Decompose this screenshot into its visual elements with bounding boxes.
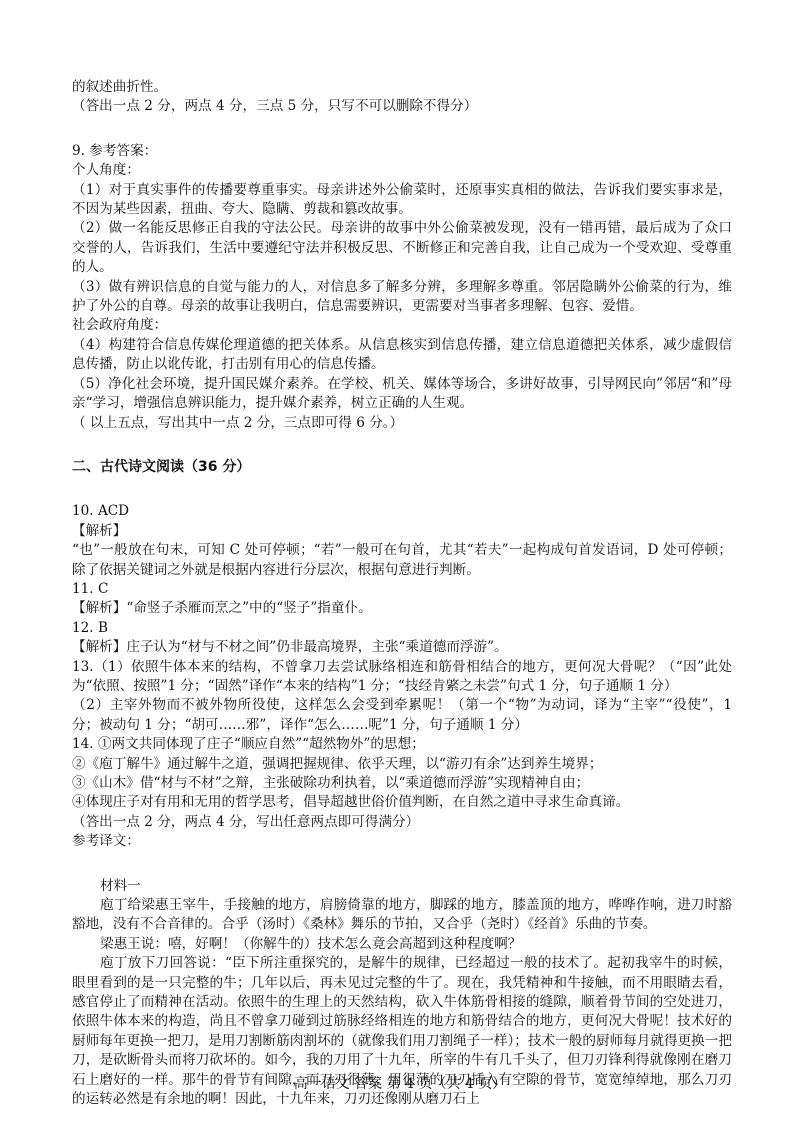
q14-point-4: ④体现庄子对有用和无用的哲学思考，倡导超越世俗价值判断，在自然之道中寻求生命真谛… <box>72 793 732 812</box>
q9-point-5: （5）净化社会环境，提升国民媒介素养。在学校、机关、媒体等场合，多讲好故事，引导… <box>72 375 732 414</box>
q14-point-3: ③《山木》借“材与不材”之辩，主张破除功利执着，以“乘道德而浮游”实现精神自由； <box>72 774 732 793</box>
q9-personal-heading: 个人角度： <box>72 161 732 180</box>
q11-answer: 11. C <box>72 580 732 599</box>
q9-point-1: （1）对于真实事件的传播要尊重事实。母亲讲述外公偷菜时，还原事实真相的做法，告诉… <box>72 181 732 220</box>
translation-label: 参考译文： <box>72 832 732 851</box>
q9-point-2: （2）做一名能反思修正自我的守法公民。母亲讲的故事中外公偷菜被发现，没有一错再错… <box>72 219 732 277</box>
q9-point-3: （3）做有辨识信息的自觉与能力的人，对信息多了解多分辨，多理解多尊重。邻居隐瞒外… <box>72 278 732 317</box>
q14-point-2: ②《庖丁解牛》通过解牛之道，强调把握规律、依乎天理，以“游刃有余”达到养生境界； <box>72 755 732 774</box>
q10-answer: 10. ACD <box>72 502 732 521</box>
section-heading-classical-reading: 二、古代诗文阅读（36 分） <box>72 458 732 477</box>
q12-analysis: 【解析】庄子认为“材与不材之间”仍非最高境界，主张“乘道德而浮游”。 <box>72 638 732 657</box>
q9-point-4: （4）构建符合信息传媒伦理道德的把关体系。从信息核实到信息传播，建立信息道德把关… <box>72 336 732 375</box>
q10-analysis: “也”一般放在句末，可知 C 处可停顿；“若”一般可在句首，尤其“若夫”一起构成… <box>72 541 732 580</box>
translation-paragraph-2: 梁惠王说：嘻，好啊！（你解牛的）技术怎么竟会高超到这种程度啊？ <box>72 935 732 954</box>
q9-social-heading: 社会政府角度： <box>72 316 732 335</box>
q8-scoring-note: （答出一点 2 分，两点 4 分，三点 5 分，只写不可以删除不得分） <box>72 97 732 116</box>
q8-tail-text: 的叙述曲折性。 <box>72 78 732 97</box>
material-title: 材料一 <box>72 877 732 896</box>
page-footer: 高一语文 答案 第 4 页（共 4 页） <box>0 1073 800 1093</box>
q12-answer: 12. B <box>72 619 732 638</box>
answer-key-page: 的叙述曲折性。 （答出一点 2 分，两点 4 分，三点 5 分，只写不可以删除不… <box>72 78 732 1110</box>
q14-point-1: 14. ①两文共同体现了庄子“顺应自然”“超然物外”的思想； <box>72 735 732 754</box>
q11-analysis: 【解析】“命竖子杀雁而烹之”中的“竖子”指童仆。 <box>72 599 732 618</box>
translation-paragraph-1: 庖丁给梁惠王宰牛，手接触的地方，肩膀倚靠的地方，脚踩的地方，膝盖顶的地方，哗哗作… <box>72 896 732 935</box>
q9-label: 9. 参考答案： <box>72 142 732 161</box>
q13-part-1: 13.（1）依照牛体本来的结构，不曾拿刀去尝试脉络相连和筋骨相结合的地方，更何况… <box>72 658 732 697</box>
q13-part-2: （2）主宰外物而不被外物所役使，这样怎么会受到牵累呢！（第一个“物”为动词，译为… <box>72 696 732 735</box>
q10-analysis-label: 【解析】 <box>72 522 732 541</box>
q9-scoring-note: （ 以上五点，写出其中一点 2 分，三点即可得 6 分。） <box>72 414 732 433</box>
q14-scoring-note: （答出一点 2 分，两点 4 分，写出任意两点即可得满分） <box>72 813 732 832</box>
